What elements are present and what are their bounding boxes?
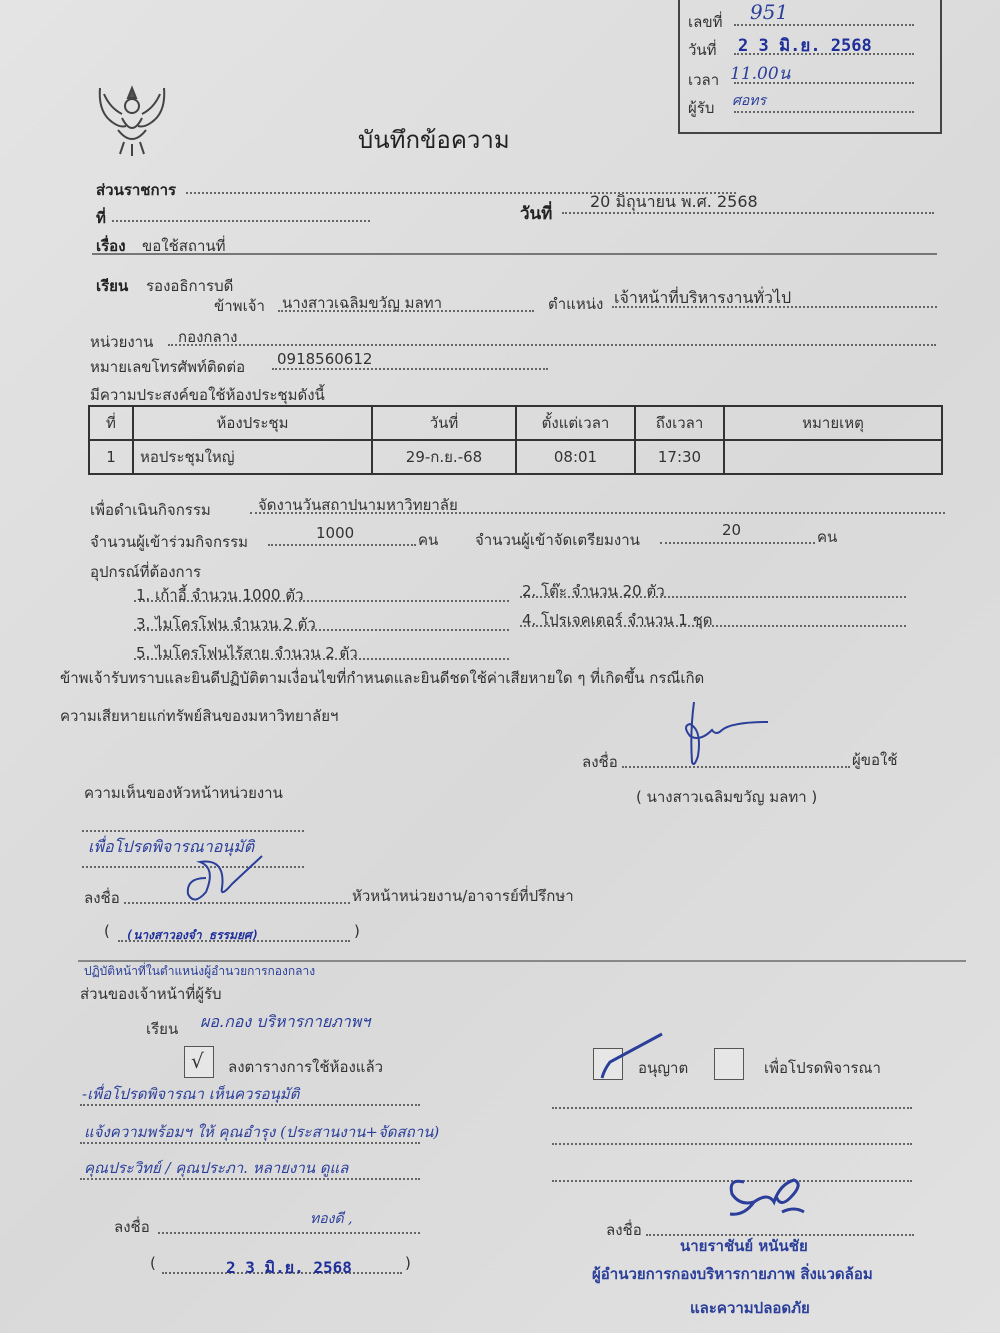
- col-room: ห้องประชุม: [133, 406, 372, 440]
- table-header-row: ที่ ห้องประชุม วันที่ ตั้งแต่เวลา ถึงเวล…: [89, 406, 942, 440]
- purpose-intro: มีความประสงค์ขอใช้ห้องประชุมดังนี้: [90, 383, 325, 407]
- director-title-line-1: ผู้อำนวยการกองบริหารกายภาพ สิ่งแวดล้อม: [592, 1262, 873, 1286]
- col-from: ตั้งแต่เวลา: [516, 406, 635, 440]
- date-label: วันที่: [520, 204, 552, 224]
- cell-room: หอประชุมใหญ่: [133, 440, 372, 474]
- ref-label: ที่: [96, 209, 106, 227]
- receiver-note-1: -เพื่อโปรดพิจารณา เห็นควรอนุมัติ: [82, 1082, 299, 1106]
- equipment-item-5: 5. ไมโครโฟนไร้สาย จำนวน 2 ตัว: [136, 641, 358, 665]
- stamp-time-label: เวลา: [688, 68, 719, 92]
- equipment-item-1: 1. เก้าอี้ จำนวน 1000 ตัว: [136, 583, 304, 607]
- staff-unit: คน: [817, 525, 837, 549]
- cell-no: 1: [89, 440, 133, 474]
- approve-label: อนุญาต: [638, 1056, 688, 1080]
- participants-label: จำนวนผู้เข้าร่วมกิจกรรม: [90, 530, 248, 554]
- equipment-item-3: 3. ไมโครโฟน จำนวน 2 ตัว: [136, 612, 316, 636]
- consider-checkbox[interactable]: [714, 1048, 744, 1080]
- receiver-date-open: (: [150, 1254, 156, 1272]
- check-icon: √: [191, 1049, 204, 1073]
- head-name-close: ): [354, 922, 360, 940]
- director-title-line-2: และความปลอดภัย: [690, 1296, 810, 1320]
- stamp-no-label: เลขที่: [688, 10, 722, 34]
- receipt-stamp: เลขที่ 951 วันที่ 2 3 มิ.ย. 2568 เวลา 11…: [678, 0, 942, 134]
- receiver-signature: ทองดี ,: [310, 1208, 352, 1230]
- stamp-date-label: วันที่: [688, 38, 717, 62]
- receiver-date-close: ): [405, 1254, 411, 1272]
- receiver-note-3: คุณประวิทย์ / คุณประภา. หลายงาน ดูแล: [84, 1156, 348, 1180]
- header-divider: [92, 253, 937, 255]
- staff-label: จำนวนผู้เข้าจัดเตรียมงาน: [475, 528, 640, 552]
- head-role: หัวหน้าหน่วยงาน/อาจารย์ที่ปรึกษา: [352, 884, 574, 908]
- agency-label: ส่วนราชการ: [96, 181, 176, 199]
- consider-label: เพื่อโปรดพิจารณา: [764, 1056, 881, 1080]
- stamp-receiver-label: ผู้รับ: [688, 96, 714, 120]
- head-signature: [176, 848, 266, 908]
- head-name-open: (: [104, 922, 110, 940]
- activity-label: เพื่อดำเนินกิจกรรม: [90, 498, 211, 522]
- phone-label: หมายเลขโทรศัพท์ติดต่อ: [90, 355, 245, 379]
- head-opinion-label: ความเห็นของหัวหน้าหน่วยงาน: [84, 781, 283, 805]
- receiver-date-value: 2 3 มิ.ย. 2568: [226, 1256, 352, 1281]
- receiver-note-2: แจ้งความพร้อมฯ ให้ คุณอำรุง (ประสานงาน+จ…: [84, 1120, 439, 1144]
- cell-to: 17:30: [635, 440, 724, 474]
- scheduled-checkbox[interactable]: √: [184, 1046, 214, 1078]
- cell-remark: [724, 440, 942, 474]
- equipment-item-4: 4. โปรเจคเตอร์ จำนวน 1 ชุด: [522, 608, 713, 632]
- director-signature: [724, 1172, 808, 1224]
- agreement-line-1: ข้าพเจ้ารับทราบและยินดีปฏิบัติตามเงื่อนไ…: [60, 666, 704, 690]
- requester-role: ผู้ขอใช้: [852, 748, 898, 772]
- equipment-label: อุปกรณ์ที่ต้องการ: [90, 560, 201, 584]
- head-name: (นางสาวองจำ ธรรมยศ): [126, 926, 259, 945]
- position-label: ตำแหน่ง: [548, 292, 603, 316]
- requester-sign-label: ลงชื่อ: [582, 750, 618, 774]
- col-remark: หมายเหตุ: [724, 406, 942, 440]
- scheduled-label: ลงตารางการใช้ห้องแล้ว: [228, 1055, 383, 1079]
- director-name: นายราชันย์ หนันชัย: [680, 1234, 808, 1258]
- to-label: เรียน: [96, 277, 128, 295]
- memo-document: เลขที่ 951 วันที่ 2 3 มิ.ย. 2568 เวลา 11…: [0, 0, 1000, 1333]
- room-table: ที่ ห้องประชุม วันที่ ตั้งแต่เวลา ถึงเวล…: [88, 405, 943, 475]
- receiver-to-label: เรียน: [146, 1017, 178, 1041]
- cell-date: 29-ก.ย.-68: [372, 440, 516, 474]
- acting-note: ปฏิบัติหน้าที่ในตำแหน่งผู้อำนวยการกองกลา…: [84, 962, 315, 981]
- receiver-sign-label: ลงชื่อ: [114, 1215, 150, 1239]
- receiver-section-label: ส่วนของเจ้าหน้าที่ผู้รับ: [80, 982, 222, 1006]
- receiver-to-value: ผอ.กอง บริหารกายภาพฯ: [200, 1010, 370, 1035]
- col-date: วันที่: [372, 406, 516, 440]
- requester-label: ข้าพเจ้า: [214, 294, 265, 318]
- ref-field: [112, 220, 370, 222]
- col-to: ถึงเวลา: [635, 406, 724, 440]
- stamp-no-value: 951: [750, 0, 788, 24]
- col-no: ที่: [89, 406, 133, 440]
- participants-value: 1000: [316, 524, 354, 542]
- cell-from: 08:01: [516, 440, 635, 474]
- stamp-date-value: 2 3 มิ.ย. 2568: [738, 32, 872, 59]
- head-sign-label: ลงชื่อ: [84, 886, 120, 910]
- requester-signature: [676, 702, 776, 768]
- page-title: บันทึกข้อความ: [358, 120, 510, 159]
- garuda-emblem-icon: [92, 78, 172, 158]
- staff-value: 20: [722, 521, 741, 539]
- stamp-time-value: 11.00น: [730, 60, 790, 87]
- phone-value: 0918560612: [277, 350, 372, 368]
- director-sign-label: ลงชื่อ: [606, 1218, 642, 1242]
- requester-name: ( นางสาวเฉลิมขวัญ มลทา ): [636, 785, 817, 809]
- unit-label: หน่วยงาน: [90, 330, 153, 354]
- participants-unit: คน: [418, 528, 438, 552]
- agreement-line-2: ความเสียหายแก่ทรัพย์สินของมหาวิทยาลัยฯ: [60, 704, 338, 728]
- stamp-receiver-value: ศอทร: [732, 90, 766, 112]
- equipment-item-2: 2. โต๊ะ จำนวน 20 ตัว: [522, 579, 665, 603]
- table-row: 1 หอประชุมใหญ่ 29-ก.ย.-68 08:01 17:30: [89, 440, 942, 474]
